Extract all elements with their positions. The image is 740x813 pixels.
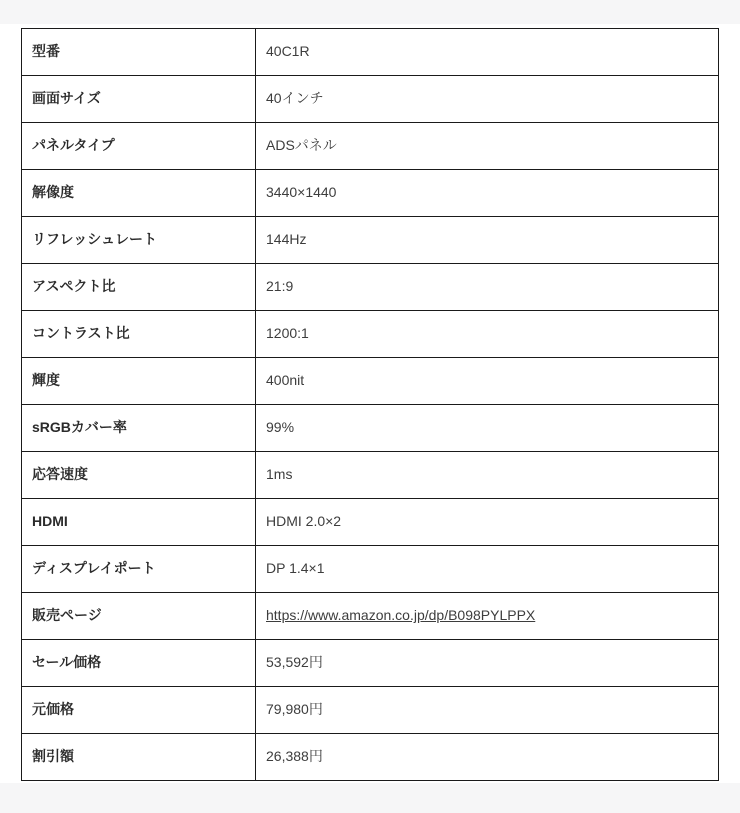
monitor-spec-table: 型番40C1R画面サイズ40インチパネルタイプADSパネル解像度3440×144…	[21, 28, 719, 781]
spec-label-cell: セール価格	[22, 640, 256, 687]
spec-value-cell: 40インチ	[256, 76, 719, 123]
page: 型番40C1R画面サイズ40インチパネルタイプADSパネル解像度3440×144…	[0, 0, 740, 813]
table-row: ディスプレイポートDP 1.4×1	[22, 546, 719, 593]
spec-value-cell: 1200:1	[256, 311, 719, 358]
spec-label-cell: 型番	[22, 29, 256, 76]
table-row: 輝度400nit	[22, 358, 719, 405]
spec-value-cell: DP 1.4×1	[256, 546, 719, 593]
spec-table-body: 型番40C1R画面サイズ40インチパネルタイプADSパネル解像度3440×144…	[22, 29, 719, 781]
top-gap	[0, 0, 740, 24]
spec-value-cell: 79,980円	[256, 687, 719, 734]
table-row: パネルタイプADSパネル	[22, 123, 719, 170]
table-row: 画面サイズ40インチ	[22, 76, 719, 123]
table-row: コントラスト比1200:1	[22, 311, 719, 358]
spec-value-cell: 400nit	[256, 358, 719, 405]
table-row: HDMIHDMI 2.0×2	[22, 499, 719, 546]
table-row: 型番40C1R	[22, 29, 719, 76]
spec-label-cell: 輝度	[22, 358, 256, 405]
spec-label-cell: パネルタイプ	[22, 123, 256, 170]
spec-label-cell: ディスプレイポート	[22, 546, 256, 593]
spec-value-cell: 99%	[256, 405, 719, 452]
spec-label-cell: リフレッシュレート	[22, 217, 256, 264]
bottom-gap	[0, 783, 740, 813]
table-row: セール価格53,592円	[22, 640, 719, 687]
table-row: アスペクト比21:9	[22, 264, 719, 311]
spec-value-cell: https://www.amazon.co.jp/dp/B098PYLPPX	[256, 593, 719, 640]
amazon-product-link[interactable]: https://www.amazon.co.jp/dp/B098PYLPPX	[266, 607, 535, 623]
spec-label-cell: 元価格	[22, 687, 256, 734]
spec-label-cell: 販売ページ	[22, 593, 256, 640]
table-row: 応答速度1ms	[22, 452, 719, 499]
table-row: リフレッシュレート144Hz	[22, 217, 719, 264]
spec-value-cell: 53,592円	[256, 640, 719, 687]
spec-label-cell: アスペクト比	[22, 264, 256, 311]
spec-value-cell: 26,388円	[256, 734, 719, 781]
spec-label-cell: コントラスト比	[22, 311, 256, 358]
spec-value-cell: HDMI 2.0×2	[256, 499, 719, 546]
spec-value-cell: 3440×1440	[256, 170, 719, 217]
table-row: 割引額26,388円	[22, 734, 719, 781]
spec-label-cell: 画面サイズ	[22, 76, 256, 123]
spec-value-cell: 21:9	[256, 264, 719, 311]
spec-value-cell: 1ms	[256, 452, 719, 499]
table-row: 販売ページhttps://www.amazon.co.jp/dp/B098PYL…	[22, 593, 719, 640]
spec-label-cell: sRGBカバー率	[22, 405, 256, 452]
spec-value-cell: 144Hz	[256, 217, 719, 264]
table-row: sRGBカバー率99%	[22, 405, 719, 452]
spec-label-cell: 割引額	[22, 734, 256, 781]
table-row: 解像度3440×1440	[22, 170, 719, 217]
content-area: 型番40C1R画面サイズ40インチパネルタイプADSパネル解像度3440×144…	[0, 24, 740, 783]
spec-label-cell: 応答速度	[22, 452, 256, 499]
table-row: 元価格79,980円	[22, 687, 719, 734]
spec-value-cell: ADSパネル	[256, 123, 719, 170]
spec-label-cell: HDMI	[22, 499, 256, 546]
spec-value-cell: 40C1R	[256, 29, 719, 76]
spec-label-cell: 解像度	[22, 170, 256, 217]
